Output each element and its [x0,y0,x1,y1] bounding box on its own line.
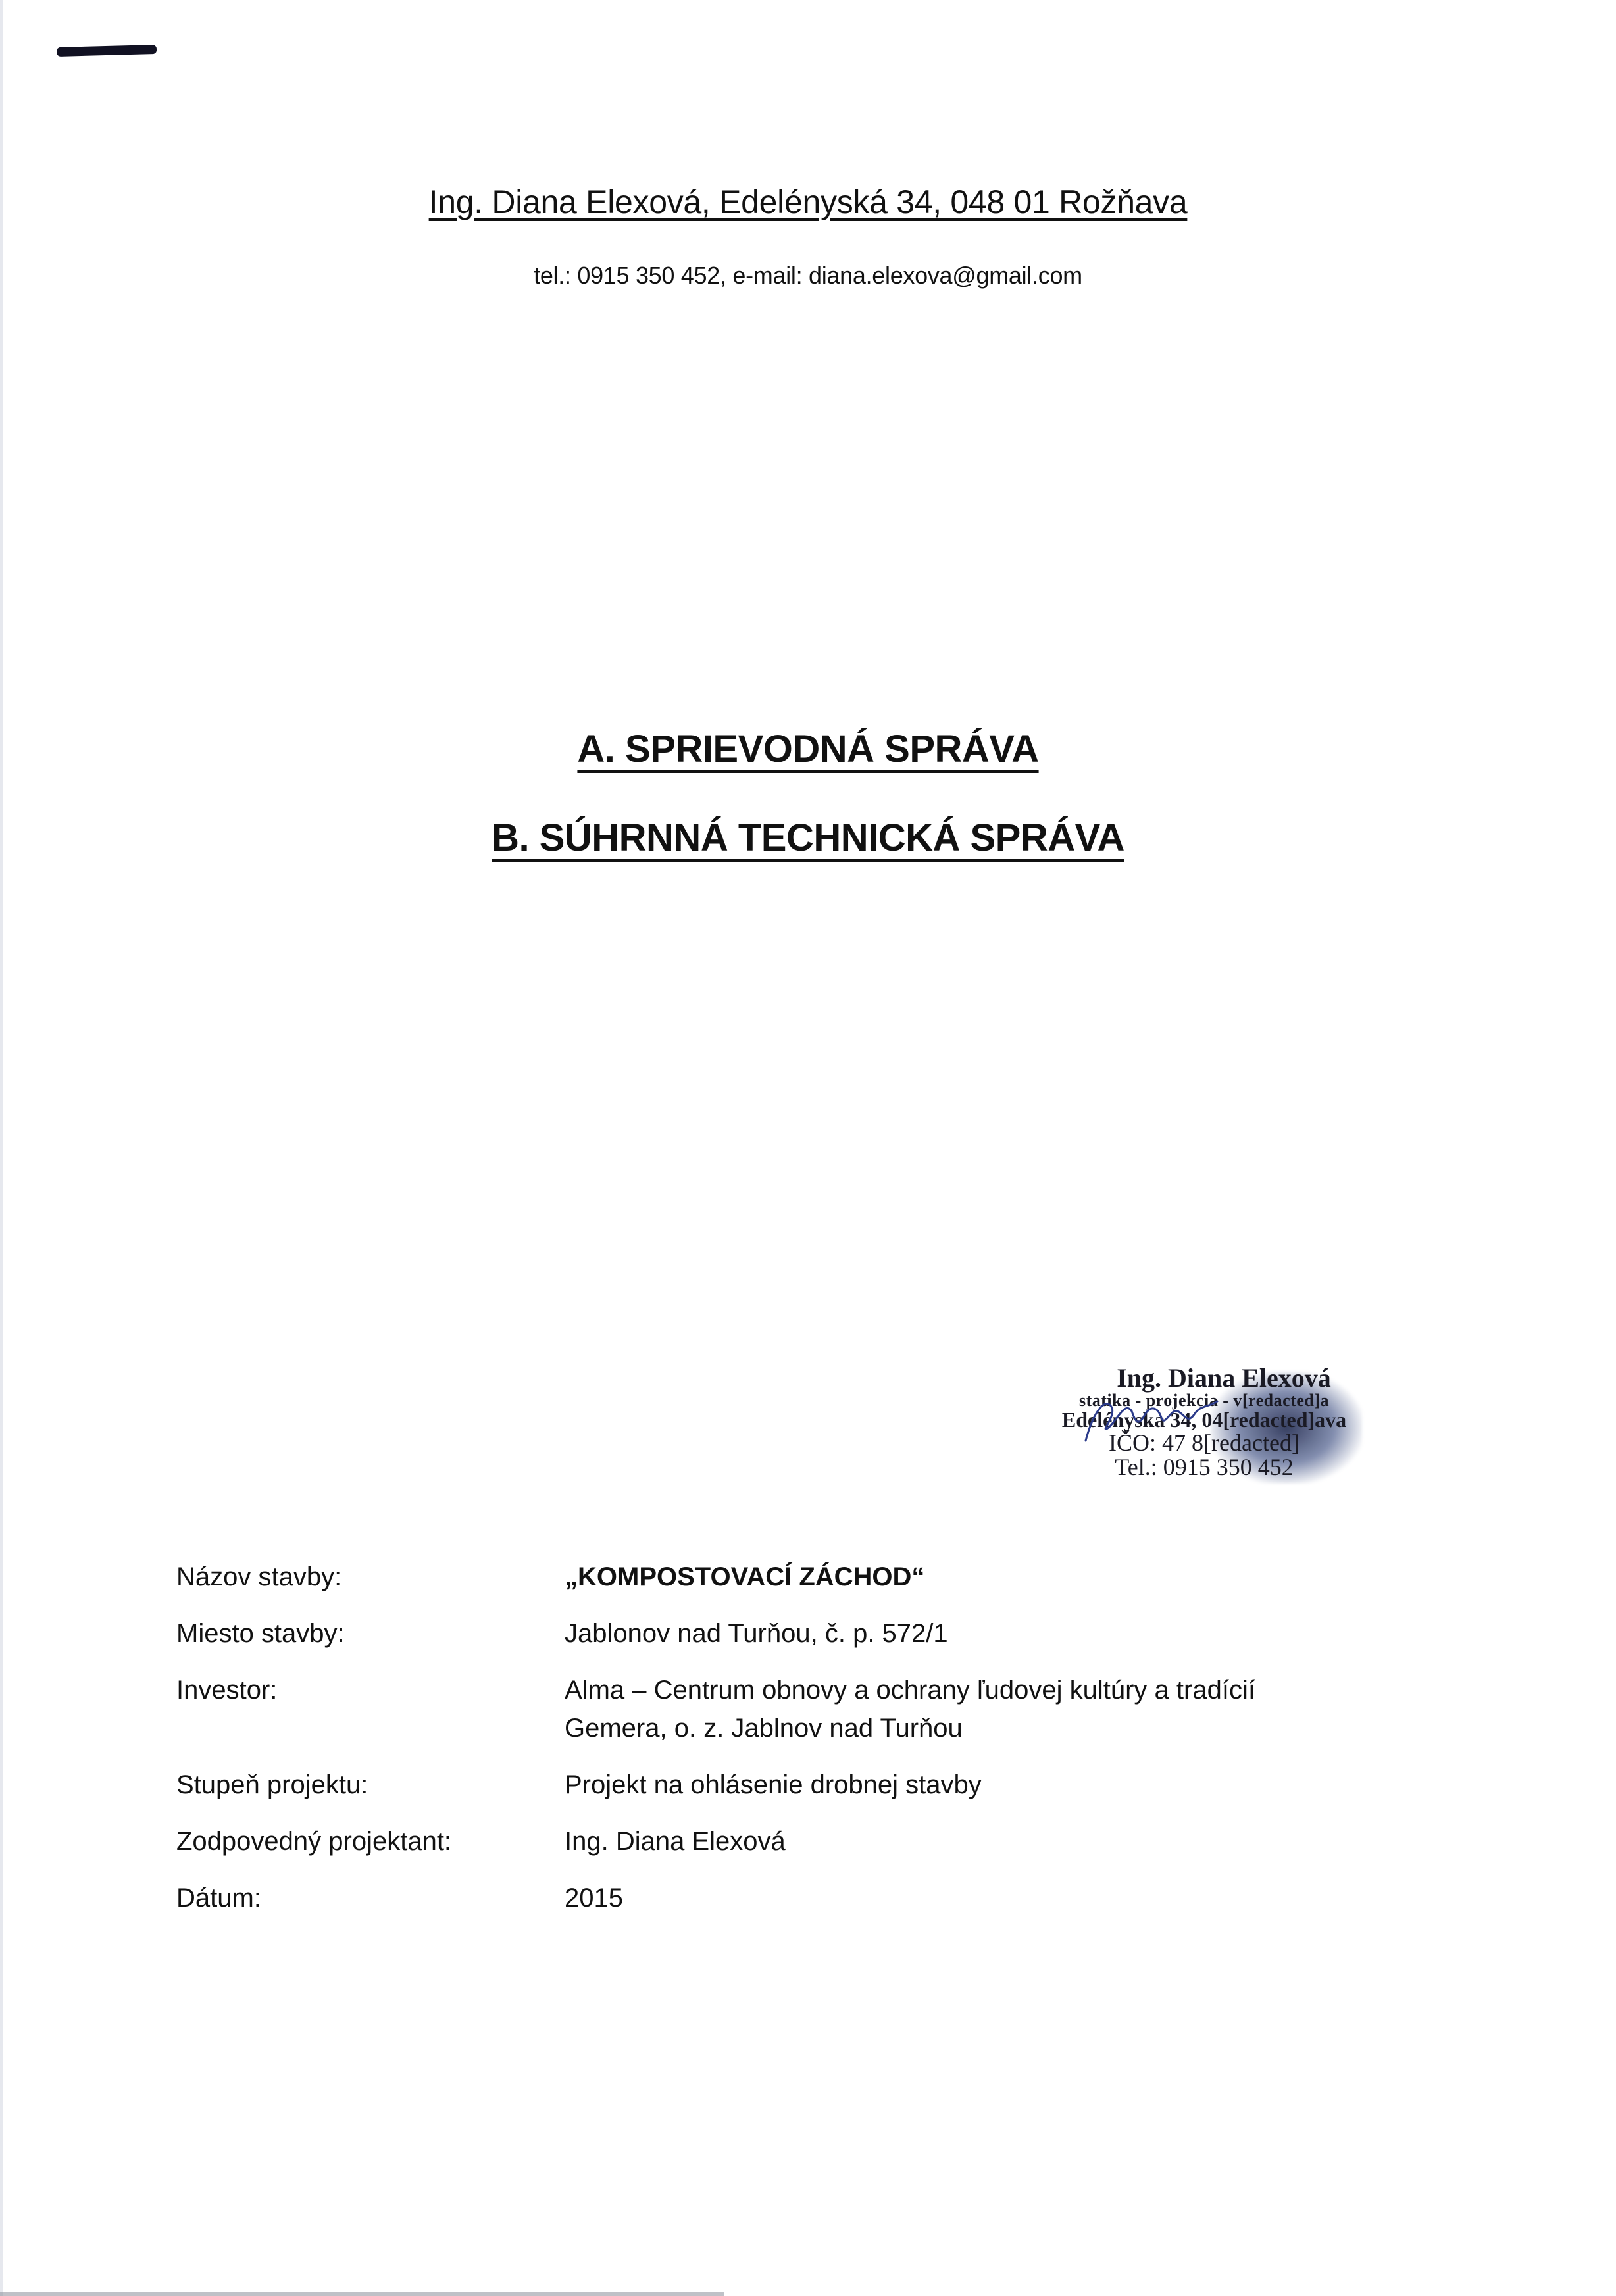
info-value: Jablonov nad Turňou, č. p. 572/1 [565,1614,1420,1653]
info-value: Alma – Centrum obnovy a ochrany ľudovej … [565,1671,1420,1747]
info-value: 2015 [565,1879,1420,1917]
signature-icon [1079,1388,1224,1447]
scan-bottom-edge [0,2292,724,2296]
info-row-projektant: Zodpovedný projektant: Ing. Diana Elexov… [176,1822,1420,1860]
scan-mark [57,45,157,57]
info-label: Názov stavby: [176,1558,565,1596]
info-value: „KOMPOSTOVACÍ ZÁCHOD“ [565,1558,1420,1596]
info-row-stupen: Stupeň projektu: Projekt na ohlásenie dr… [176,1766,1420,1804]
title-suhrnna-technicka-sprava: B. SÚHRNNÁ TECHNICKÁ SPRÁVA [0,816,1616,860]
info-row-nazov: Názov stavby: „KOMPOSTOVACÍ ZÁCHOD“ [176,1558,1420,1596]
header-address: Ing. Diana Elexová, Edelényská 34, 048 0… [0,183,1616,221]
info-label: Stupeň projektu: [176,1766,565,1804]
info-row-datum: Dátum: 2015 [176,1879,1420,1917]
info-label: Zodpovedný projektant: [176,1822,565,1860]
info-row-investor: Investor: Alma – Centrum obnovy a ochran… [176,1671,1420,1747]
info-label: Investor: [176,1671,565,1747]
info-value: Ing. Diana Elexová [565,1822,1420,1860]
info-value: Projekt na ohlásenie drobnej stavby [565,1766,1420,1804]
title-sprievodna-sprava: A. SPRIEVODNÁ SPRÁVA [0,727,1616,771]
info-label: Miesto stavby: [176,1614,565,1653]
project-info-table: Názov stavby: „KOMPOSTOVACÍ ZÁCHOD“ Mies… [176,1558,1420,1917]
info-label: Dátum: [176,1879,565,1917]
scan-edge [0,0,3,2296]
info-value-line2: Gemera, o. z. Jablnov nad Turňou [565,1709,1420,1747]
info-row-miesto: Miesto stavby: Jablonov nad Turňou, č. p… [176,1614,1420,1653]
info-value-line1: Alma – Centrum obnovy a ochrany ľudovej … [565,1671,1420,1709]
header-contact: tel.: 0915 350 452, e-mail: diana.elexov… [0,262,1616,289]
stamp-tel: Tel.: 0915 350 452 [1026,1455,1382,1480]
